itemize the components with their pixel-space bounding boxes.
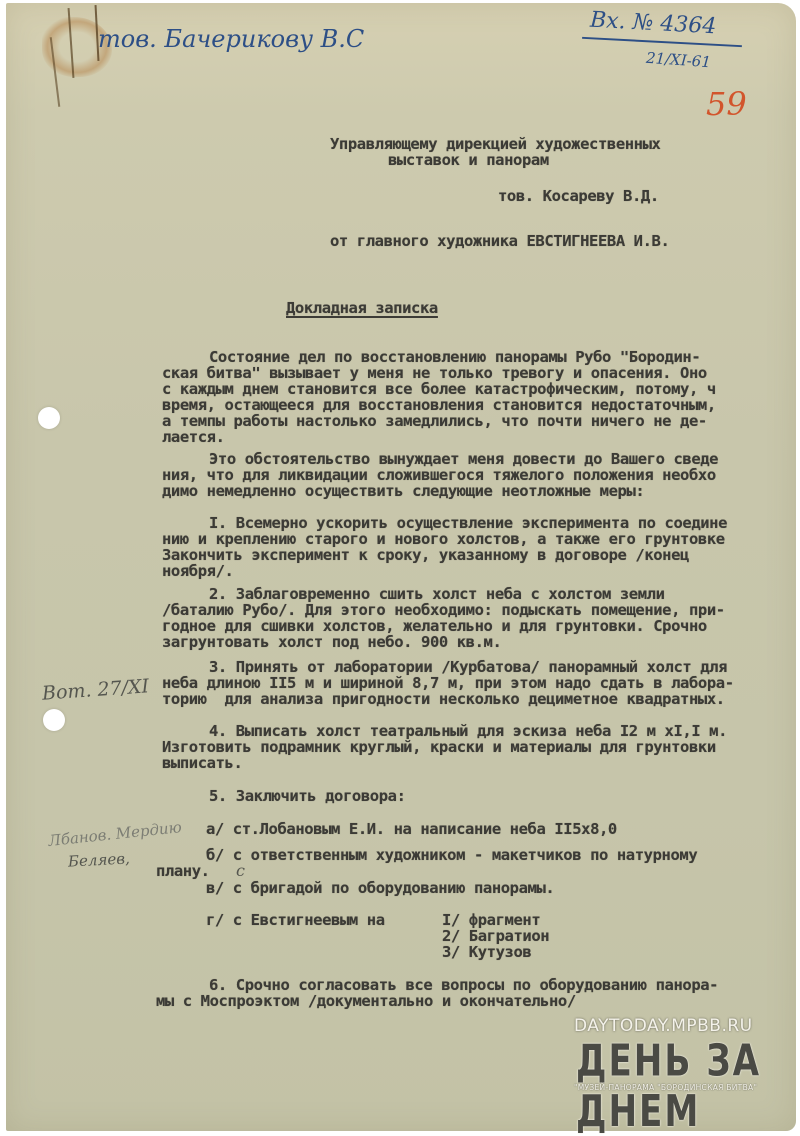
- page-number: 59: [706, 85, 747, 123]
- text-line: ноября/.: [162, 562, 233, 580]
- text-line: торию для анализа пригодности несколько …: [162, 690, 725, 708]
- watermark-url[interactable]: DAYTODAY.MPBB.RU: [574, 1016, 753, 1036]
- text-line: выписать.: [162, 754, 242, 772]
- contract-v: в/ с бригадой по оборудованию панорамы.: [206, 879, 554, 897]
- margin-note-date: Вот. 27/XI: [41, 675, 149, 704]
- addressee-name: тов. Косареву В.Д.: [498, 187, 659, 205]
- margin-note-names-1: Лбанов. Мердию: [47, 818, 182, 850]
- watermark-subtitle: "МУЗЕЙ-ПАНОРАМА "БОРОДИНСКАЯ БИТВА": [574, 1083, 757, 1092]
- contract-b-cont: плану.: [156, 862, 210, 880]
- text-line: Изготовить подрамник круглый, краски и м…: [162, 738, 716, 756]
- contract-g-item: 3/ Кутузов: [442, 943, 531, 961]
- text-line: лается.: [162, 428, 225, 446]
- addressee-line-2: выставок и панорам: [388, 151, 549, 169]
- incoming-number-underline: [582, 37, 742, 47]
- margin-note-names-2: Беляев,: [68, 849, 131, 870]
- incoming-date: 21/XI-61: [645, 49, 711, 71]
- punch-hole: [38, 407, 60, 429]
- handwritten-addressee-note: тов. Бачерикову В.С: [98, 25, 364, 53]
- contract-b: б/ с ответственным художником - макетчик…: [206, 846, 697, 864]
- text-line: 5. Заключить договора:: [209, 787, 406, 805]
- incoming-number: Вх. № 4364: [589, 8, 717, 40]
- text-line: мы с Моспроэктом /документально и оконча…: [156, 992, 576, 1010]
- sender: от главного художника ЕВСТИГНЕЕВА И.В.: [330, 232, 669, 250]
- contract-g: г/ с Евстигнеевым на: [206, 911, 385, 929]
- text-line: Закончить эксперимент к сроку, указанном…: [162, 546, 689, 564]
- document-title: Докладная записка: [286, 299, 438, 317]
- text-line: а темпы работы настолько замедлились, чт…: [162, 412, 707, 430]
- contract-a: а/ ст.Лобановым Е.И. на написание неба I…: [206, 820, 617, 838]
- document-page: тов. Бачерикову В.С Вх. № 4364 21/XI-61 …: [6, 3, 796, 1131]
- text-line: димо немедленно осуществить следующие не…: [162, 482, 644, 500]
- punch-hole: [43, 709, 65, 731]
- text-line: загрунтовать холст под небо. 900 кв.м.: [162, 633, 501, 651]
